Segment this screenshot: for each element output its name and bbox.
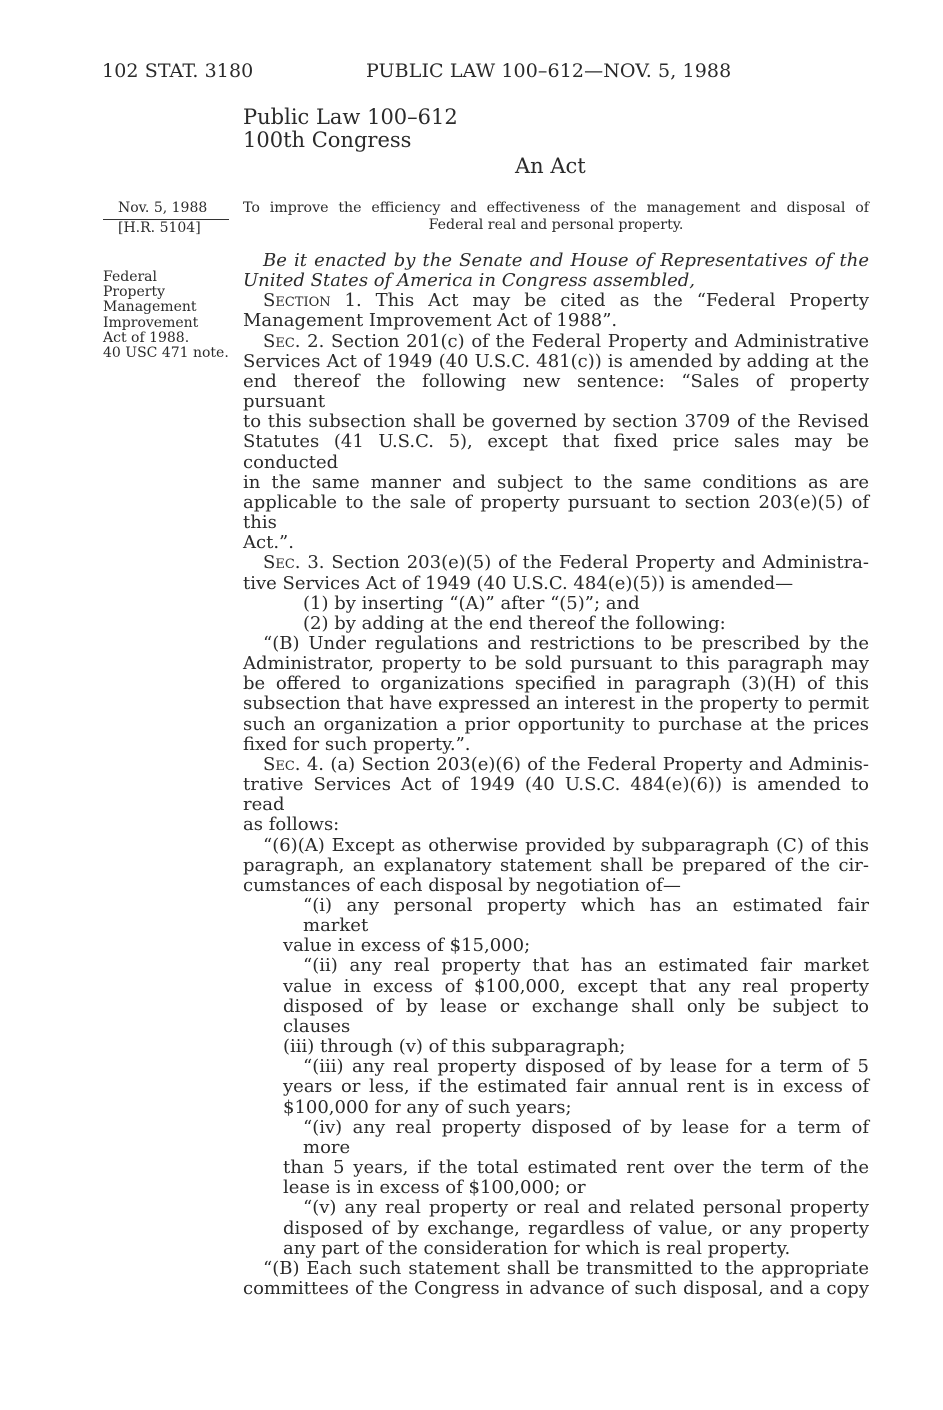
body-line: “(iii) any real property disposed of by … xyxy=(243,1057,869,1077)
purpose-line: To improve the efficiency and effectiven… xyxy=(243,200,869,217)
side-note-line: 40 USC 471 note. xyxy=(103,346,229,361)
body-line: “(B) Under regulations and restrictions … xyxy=(243,634,869,654)
body-line: Section 1. This Act may be cited as the … xyxy=(243,291,869,311)
stat-page-citation: 102 STAT. 3180 xyxy=(102,60,253,82)
side-note-line: Federal xyxy=(103,270,229,285)
body-line: trative Services Act of 1949 (40 U.S.C. … xyxy=(243,775,869,815)
body-line: to this subsection shall be governed by … xyxy=(243,412,869,432)
body-line: Statutes (41 U.S.C. 5), except that fixe… xyxy=(243,432,869,472)
statute-body: Be it enacted by the Senate and House of… xyxy=(243,251,869,1299)
body-line: end thereof the following new sentence: … xyxy=(243,372,869,412)
body-line: (2) by adding at the end thereof the fol… xyxy=(243,614,869,634)
body-line: Be it enacted by the Senate and House of… xyxy=(243,251,869,271)
body-line: any part of the consideration for which … xyxy=(243,1239,869,1259)
side-note-line: Act of 1988. xyxy=(103,331,229,346)
section-label: Section xyxy=(263,290,331,311)
margin-date: Nov. 5, 1988 xyxy=(118,200,207,216)
body-line: fixed for such property.”. xyxy=(243,735,869,755)
body-line: disposed of by exchange, regardless of v… xyxy=(243,1219,869,1239)
body-line: Sec. 2. Section 201(c) of the Federal Pr… xyxy=(243,332,869,352)
public-law-number: Public Law 100–612 xyxy=(243,106,458,129)
body-line: disposed of by lease or exchange shall o… xyxy=(243,997,869,1037)
body-line: tive Services Act of 1949 (40 U.S.C. 484… xyxy=(243,574,869,594)
purpose-line: Federal real and personal property. xyxy=(243,217,869,234)
body-line: Sec. 3. Section 203(e)(5) of the Federal… xyxy=(243,553,869,573)
body-line: Act.”. xyxy=(243,533,869,553)
body-line: in the same manner and subject to the sa… xyxy=(243,473,869,493)
side-note-line: Property xyxy=(103,285,229,300)
body-line: committees of the Congress in advance of… xyxy=(243,1279,869,1299)
side-note-line: Improvement xyxy=(103,316,229,331)
act-heading: An Act xyxy=(515,154,586,178)
body-line: “(i) any personal property which has an … xyxy=(243,896,869,936)
body-line: Administrator, property to be sold pursu… xyxy=(243,654,869,674)
body-line: “(6)(A) Except as otherwise provided by … xyxy=(243,836,869,856)
body-line: United States of America in Congress ass… xyxy=(243,271,869,291)
body-line: Services Act of 1949 (40 U.S.C. 481(c)) … xyxy=(243,352,869,372)
body-line: be offered to organizations specified in… xyxy=(243,674,869,694)
purpose-clause: To improve the efficiency and effectiven… xyxy=(243,200,869,234)
body-line: “(iv) any real property disposed of by l… xyxy=(243,1118,869,1158)
body-line: than 5 years, if the total estimated ren… xyxy=(243,1158,869,1178)
body-line: Sec. 4. (a) Section 203(e)(6) of the Fed… xyxy=(243,755,869,775)
running-head: PUBLIC LAW 100–612—NOV. 5, 1988 xyxy=(366,60,731,82)
section-label: Sec. xyxy=(263,331,301,352)
body-line: paragraph, an explanatory statement shal… xyxy=(243,856,869,876)
body-line: cumstances of each disposal by negotiati… xyxy=(243,876,869,896)
margin-side-notes: Federal Property Management Improvement … xyxy=(103,270,229,361)
body-line: subsection that have expressed an intere… xyxy=(243,694,869,714)
body-line: “(ii) any real property that has an esti… xyxy=(243,956,869,976)
body-line: as follows: xyxy=(243,815,869,835)
body-line: years or less, if the estimated fair ann… xyxy=(243,1077,869,1097)
congress-number: 100th Congress xyxy=(243,129,411,152)
body-line: applicable to the sale of property pursu… xyxy=(243,493,869,533)
section-label: Sec. xyxy=(263,552,301,573)
body-line: “(v) any real property or real and relat… xyxy=(243,1198,869,1218)
body-line: value in excess of $15,000; xyxy=(243,936,869,956)
side-note-line: Management xyxy=(103,300,229,315)
body-line: such an organization a prior opportunity… xyxy=(243,715,869,735)
body-line: lease is in excess of $100,000; or xyxy=(243,1178,869,1198)
body-line: value in excess of $100,000, except that… xyxy=(243,977,869,997)
body-line: (1) by inserting “(A)” after “(5)”; and xyxy=(243,594,869,614)
body-line: Management Improvement Act of 1988”. xyxy=(243,311,869,331)
section-label: Sec. xyxy=(263,754,301,775)
body-line: $100,000 for any of such years; xyxy=(243,1098,869,1118)
body-line: “(B) Each such statement shall be transm… xyxy=(243,1259,869,1279)
body-line: (iii) through (v) of this subparagraph; xyxy=(243,1037,869,1057)
margin-bill-number: [H.R. 5104] xyxy=(118,220,201,236)
